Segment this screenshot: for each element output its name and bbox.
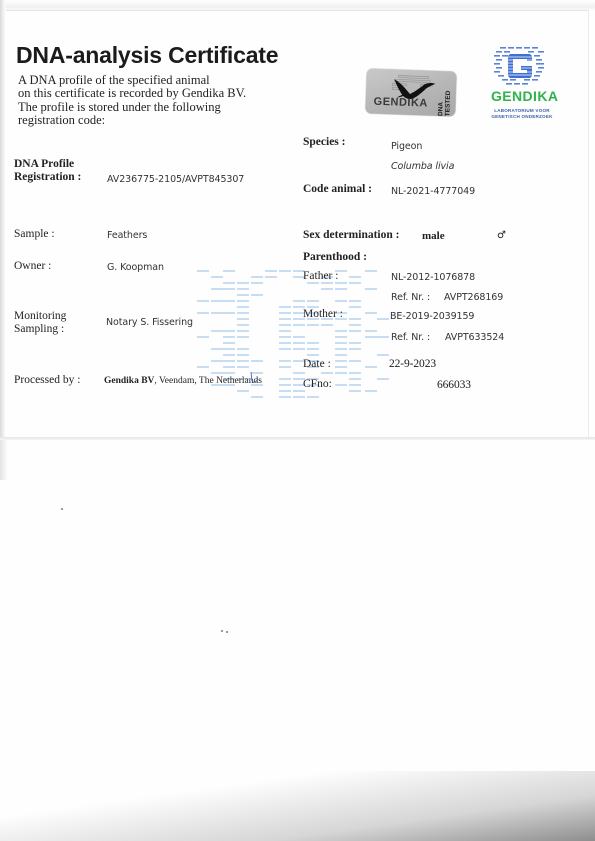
sex-value: male <box>422 230 445 242</box>
cfno-value: 666033 <box>437 379 471 391</box>
monitoring-label-line2: Sampling : <box>14 323 64 335</box>
intro-line: The profile is stored under the followin… <box>18 101 278 114</box>
scan-left-lower <box>0 440 8 480</box>
scan-top-edge <box>0 0 595 10</box>
logo-subtitle: LABORATORIUM VOOR GENETISCH ONDERZOEK <box>486 108 558 120</box>
mother-ref-label: Ref. Nr. : <box>391 332 430 343</box>
species-label: Species : <box>303 136 345 148</box>
father-ref-value: AVPT268169 <box>444 292 503 303</box>
owner-label: Owner : <box>14 260 51 272</box>
pen-stroke-icon <box>249 371 263 385</box>
scan-speck <box>61 508 63 510</box>
dna-tested-seal: GENDIKA DNA TESTED <box>365 68 457 116</box>
registration-value: AV236775-2105/AVPT845307 <box>107 174 244 185</box>
registration-label-line2: Registration : <box>14 171 81 183</box>
page-fold-line <box>0 437 595 440</box>
scan-bottom-shadow <box>0 771 595 841</box>
scan-speck <box>226 631 228 633</box>
processed-by-label: Processed by : <box>14 374 80 386</box>
father-code: NL-2012-1076878 <box>391 272 475 283</box>
intro-line: A DNA profile of the specified animal <box>18 74 278 87</box>
owner-value: G. Koopman <box>107 262 164 273</box>
date-label: Date : <box>303 358 331 370</box>
scan-top-line <box>6 10 589 11</box>
registration-label-line1: DNA Profile <box>14 158 74 170</box>
processed-by-value: Gendika BV, Veendam, The Netherlands <box>104 376 262 386</box>
mother-ref-value: AVPT633524 <box>445 332 504 343</box>
date-value: 22-9-2023 <box>389 358 436 370</box>
scan-right-edge <box>588 10 589 440</box>
monitoring-value: Notary S. Fissering <box>106 317 193 328</box>
father-ref-label: Ref. Nr. : <box>391 292 430 303</box>
seal-tag: DNA TESTED <box>437 76 452 116</box>
logo-subtitle-line: GENETISCH ONDERZOEK <box>486 114 558 120</box>
mother-label: Mother : <box>303 308 343 320</box>
intro-line: on this certificate is recorded by Gendi… <box>18 87 278 100</box>
species-common-name: Pigeon <box>391 141 422 152</box>
intro-line: registration code: <box>18 114 278 127</box>
code-animal-label: Code animal : <box>303 183 372 195</box>
mother-code: BE-2019-2039159 <box>390 311 474 322</box>
certificate-intro: A DNA profile of the specified animal on… <box>18 74 278 127</box>
father-label: Father : <box>303 270 338 282</box>
monitoring-label-line1: Monitoring <box>14 310 66 322</box>
sample-label: Sample : <box>14 228 55 240</box>
processed-by-company: Gendika BV <box>104 376 154 386</box>
sample-value: Feathers <box>107 230 147 241</box>
parenthood-label: Parenthood : <box>303 251 367 263</box>
seal-brand: GENDIKA <box>373 96 428 110</box>
sex-determination-label: Sex determination : <box>303 229 399 241</box>
gendika-logo: GENDIKA LABORATORIUM VOOR GENETISCH ONDE… <box>486 46 556 126</box>
cfno-label: CFno: <box>303 378 332 390</box>
scan-speck <box>221 630 223 632</box>
male-symbol-icon: ♂ <box>497 230 506 241</box>
code-animal-value: NL-2021-4777049 <box>391 186 475 197</box>
logo-brand-name: GENDIKA <box>491 88 558 104</box>
processed-by-location: , Veendam, The Netherlands <box>154 376 262 386</box>
certificate-title: DNA-analysis Certificate <box>16 42 278 69</box>
gendika-g-mark-icon <box>494 46 546 86</box>
scan-left-edge <box>0 0 6 440</box>
species-latin-name: Columba livia <box>391 161 454 172</box>
